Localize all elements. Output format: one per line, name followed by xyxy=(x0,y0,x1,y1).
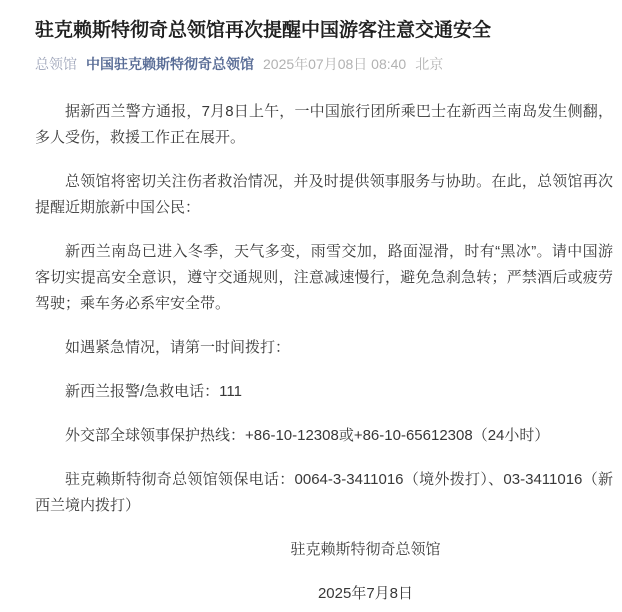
body-paragraph-nz-emergency-number: 新西兰报警/急救电话：111 xyxy=(35,379,613,405)
body-paragraph-1: 据新西兰警方通报，7月8日上午，一中国旅行团所乘巴士在新西兰南岛发生侧翻，多人受… xyxy=(35,99,613,151)
author-tag: 总领馆 xyxy=(35,55,77,73)
official-account-link[interactable]: 中国驻克赖斯特彻奇总领馆 xyxy=(86,55,254,73)
signature-date: 2025年7月8日 xyxy=(35,581,613,607)
article-title: 驻克赖斯特彻奇总领馆再次提醒中国游客注意交通安全 xyxy=(35,17,613,44)
publish-datetime: 2025年07月08日 08:40 xyxy=(263,55,406,73)
body-paragraph-mfa-hotline: 外交部全球领事保护热线：+86-10-12308或+86-10-65612308… xyxy=(35,423,613,449)
body-paragraph-3: 新西兰南岛已进入冬季，天气多变，雨雪交加，路面湿滑，时有“黑冰”。请中国游客切实… xyxy=(35,239,613,317)
body-paragraph-consulate-hotline: 驻克赖斯特彻奇总领馆领保电话：0064-3-3411016（境外拨打）、03-3… xyxy=(35,467,613,519)
article-body: 据新西兰警方通报，7月8日上午，一中国旅行团所乘巴士在新西兰南岛发生侧翻，多人受… xyxy=(35,99,613,607)
body-paragraph-emergency-intro: 如遇紧急情况，请第一时间拨打： xyxy=(35,335,613,361)
article-page: 驻克赖斯特彻奇总领馆再次提醒中国游客注意交通安全 总领馆 中国驻克赖斯特彻奇总领… xyxy=(0,0,622,607)
publish-location: 北京 xyxy=(415,55,443,73)
signature-organization: 驻克赖斯特彻奇总领馆 xyxy=(35,537,613,563)
body-paragraph-2: 总领馆将密切关注伤者救治情况，并及时提供领事服务与协助。在此，总领馆再次提醒近期… xyxy=(35,169,613,221)
article-byline: 总领馆 中国驻克赖斯特彻奇总领馆 2025年07月08日 08:40 北京 xyxy=(35,55,613,73)
